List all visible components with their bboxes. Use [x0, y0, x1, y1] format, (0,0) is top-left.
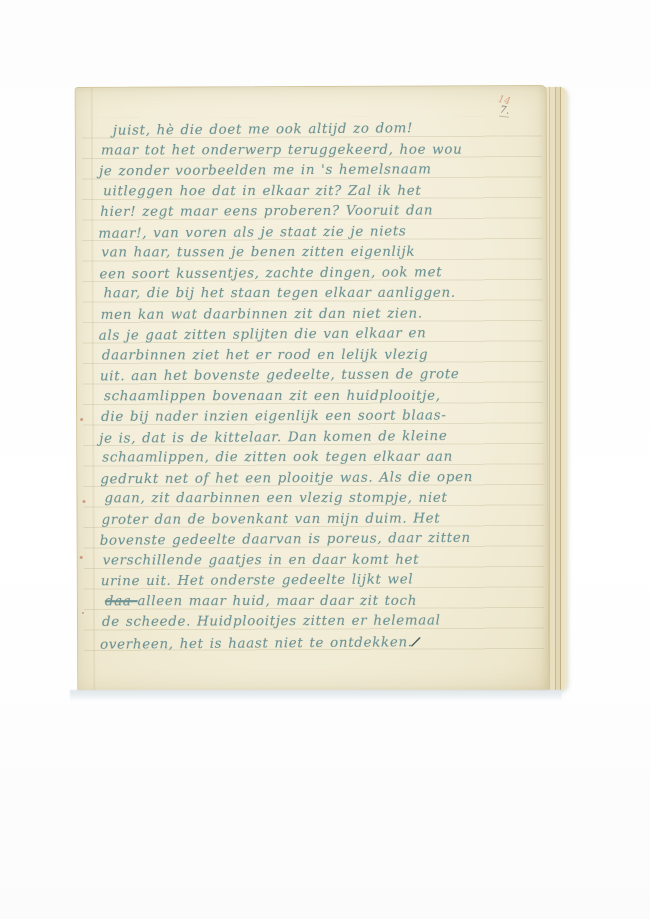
handwriting-line: uit. aan het bovenste gedeelte, tussen d… — [100, 365, 546, 388]
handwriting-line: je is, dat is de kittelaar. Dan komen de… — [99, 426, 545, 450]
page-bottom-shadow — [70, 690, 562, 701]
handwriting-line: juist, hè die doet me ook altijd zo dom! — [113, 118, 544, 142]
pencil-end-mark: / — [410, 631, 422, 652]
handwriting-line: haar, die bij het staan tegen elkaar aan… — [104, 284, 550, 305]
handwriting-line: van haar, tussen je benen zitten eigenli… — [101, 242, 547, 264]
handwriting-line: die bij nader inzien eigenlijk een soort… — [101, 406, 547, 428]
handwriting-line: maar!, van voren als je staat zie je nie… — [98, 221, 544, 245]
handwriting-line: hier! zegt maar eens proberen? Vooruit d… — [100, 201, 546, 223]
red-speck — [82, 612, 84, 614]
handwriting-line: maar tot het onderwerp teruggekeerd, hoe… — [101, 140, 547, 162]
page-number-pencil: 7. — [499, 105, 510, 118]
handwriting-line: men kan wat daarbinnen zit dan niet zien… — [101, 303, 547, 325]
handwriting-line: de scheede. Huidplooitjes zitten er hele… — [102, 611, 548, 633]
red-speck — [80, 418, 83, 421]
notebook-page: 14 7. juist, hè die doet me ook altijd z… — [75, 85, 550, 693]
red-speck — [80, 556, 83, 559]
struck-out-word: daa — [105, 594, 138, 609]
handwriting: juist, hè die doet me ook altijd zo dom!… — [98, 119, 546, 655]
handwriting-line: gaan, zit daarbinnen een vlezig stompje,… — [104, 489, 550, 510]
handwriting-line: je zonder voorbeelden me in 's hemelsnaa… — [99, 160, 545, 183]
handwriting-line: daa alleen maar huid, maar daar zit toch — [105, 591, 551, 612]
handwriting-line: gedrukt net of het een plooitje was. Als… — [100, 467, 546, 490]
handwriting-line: overheen, het is haast niet te ontdekken… — [100, 631, 546, 656]
binding-crease — [91, 88, 96, 692]
handwriting-line: als je gaat zitten splijten die van elka… — [99, 323, 545, 347]
handwriting-line: uitleggen hoe dat in elkaar zit? Zal ik … — [103, 181, 549, 202]
handwriting-line: groter dan de bovenkant van mijn duim. H… — [102, 508, 548, 530]
handwriting-line: daarbinnen ziet het er rood en lelijk vl… — [102, 345, 548, 367]
handwriting-line: urine uit. Het onderste gedeelte lijkt w… — [101, 570, 547, 593]
handwriting-line: bovenste gedeelte daarvan is poreus, daa… — [100, 528, 546, 552]
scanned-notebook-photo: 14 7. juist, hè die doet me ook altijd z… — [0, 0, 650, 919]
handwriting-line: een soort kussentjes, zachte dingen, ook… — [99, 262, 545, 285]
handwriting-line: schaamlippen, die zitten ook tegen elkaa… — [102, 447, 548, 469]
handwriting-line: schaamlippen bovenaan zit een huidplooit… — [104, 386, 550, 407]
handwriting-line: verschillende gaatjes in en daar komt he… — [103, 550, 549, 572]
red-speck — [82, 500, 85, 503]
